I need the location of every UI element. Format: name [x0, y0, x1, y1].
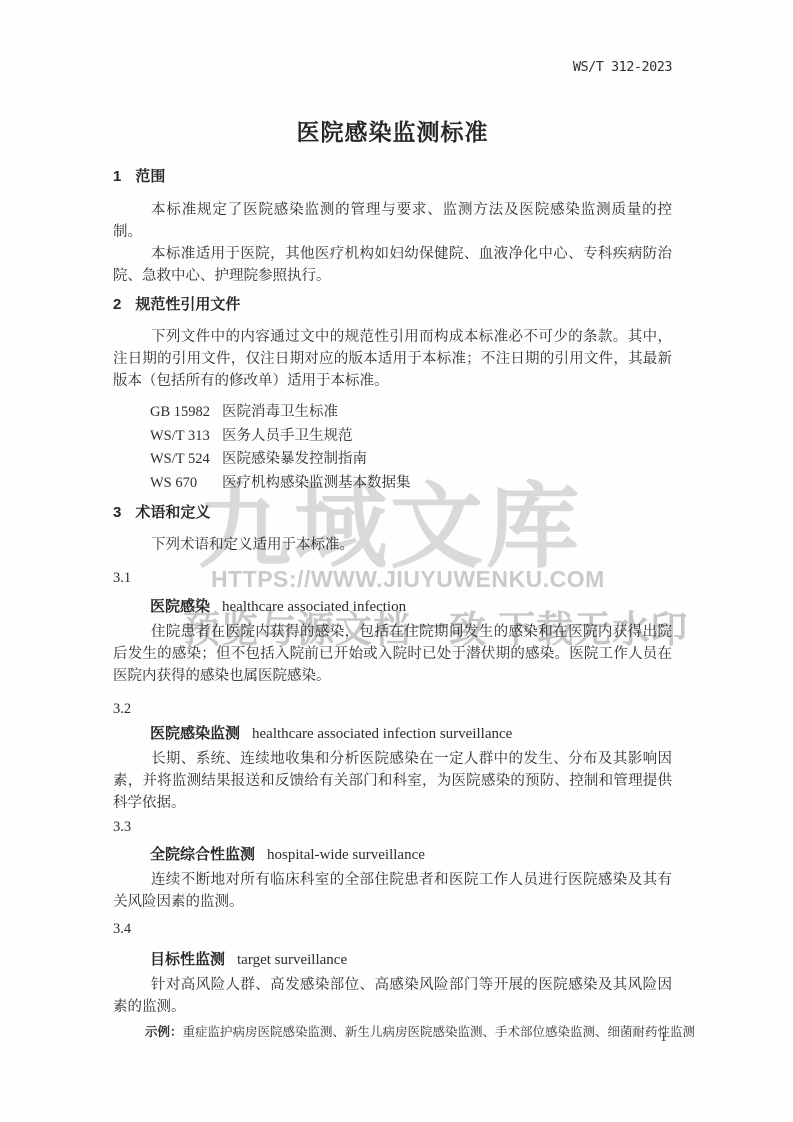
term-name-zh: 全院综合性监测	[150, 846, 255, 863]
section-3-number: 3	[113, 503, 121, 523]
term-name: 目标性监测target surveillance	[150, 949, 672, 971]
section-2-heading: 2规范性引用文件	[113, 295, 672, 315]
section-1-heading: 1范围	[113, 167, 672, 187]
reference-title: 医务人员手卫生规范	[222, 428, 353, 444]
reference-row: WS/T 313医务人员手卫生规范	[150, 425, 672, 449]
reference-title: 医院感染暴发控制指南	[222, 451, 367, 467]
section-1-paragraph-1: 本标准规定了医院感染监测的管理与要求、监测方法及医院感染监测质量的控制。	[113, 199, 672, 243]
example-text: 重症监护病房医院感染监测、新生儿病房医院感染监测、手术部位感染监测、细菌耐药性监…	[183, 1025, 696, 1039]
term-name-en: healthcare associated infection surveill…	[252, 726, 512, 742]
section-2-paragraph-1: 下列文件中的内容通过文中的规范性引用而构成本标准必不可少的条款。其中，注日期的引…	[113, 326, 672, 392]
section-1-paragraph-2: 本标准适用于医院，其他医疗机构如妇幼保健院、血液净化中心、专科疾病防治院、急救中…	[113, 243, 672, 287]
term-name-zh: 目标性监测	[150, 951, 225, 968]
term-name: 医院感染healthcare associated infection	[150, 596, 672, 618]
page-number: 1	[660, 1030, 667, 1046]
term-definition: 长期、系统、连续地收集和分析医院感染在一定人群中的发生、分布及其影响因素，并将监…	[113, 748, 672, 814]
term-name: 全院综合性监测hospital-wide surveillance	[150, 844, 672, 866]
term-definition: 针对高风险人群、高发感染部位、高感染风险部门等开展的医院感染及其风险因素的监测。	[113, 974, 672, 1018]
term-definition: 住院患者在医院内获得的感染，包括在住院期间发生的感染和在医院内获得出院后发生的感…	[113, 621, 672, 687]
reference-list: GB 15982医院消毒卫生标准 WS/T 313医务人员手卫生规范 WS/T …	[150, 401, 672, 495]
section-3-heading: 3术语和定义	[113, 503, 672, 523]
reference-title: 医院消毒卫生标准	[222, 404, 338, 420]
example-label: 示例：	[145, 1025, 183, 1039]
section-1-number: 1	[113, 167, 121, 187]
document-page: 九域文库 HTTPS://WWW.JIUYUWENKU.COM 预览与源文档一致…	[0, 0, 793, 1122]
term-name-en: healthcare associated infection	[222, 599, 406, 615]
reference-code: GB 15982	[150, 401, 222, 425]
document-title: 医院感染监测标准	[113, 117, 672, 147]
reference-row: GB 15982医院消毒卫生标准	[150, 401, 672, 425]
term-name: 医院感染监测healthcare associated infection su…	[150, 723, 672, 745]
reference-code: WS/T 313	[150, 425, 222, 449]
term-number: 3.2	[113, 699, 672, 719]
example-note: 示例：重症监护病房医院感染监测、新生儿病房医院感染监测、手术部位感染监测、细菌耐…	[145, 1023, 672, 1041]
reference-title: 医疗机构感染监测基本数据集	[222, 475, 411, 491]
reference-code: WS 670	[150, 472, 222, 496]
reference-row: WS/T 524医院感染暴发控制指南	[150, 448, 672, 472]
term-number: 3.3	[113, 817, 672, 837]
reference-row: WS 670医疗机构感染监测基本数据集	[150, 472, 672, 496]
section-3-label: 术语和定义	[135, 504, 210, 521]
term-definition: 连续不断地对所有临床科室的全部住院患者和医院工作人员进行医院感染及其有关风险因素…	[113, 869, 672, 913]
term-name-en: hospital-wide surveillance	[267, 847, 425, 863]
section-2-number: 2	[113, 295, 121, 315]
term-name-en: target surveillance	[237, 952, 347, 968]
term-name-zh: 医院感染监测	[150, 725, 240, 742]
section-1-label: 范围	[135, 168, 165, 185]
term-name-zh: 医院感染	[150, 598, 210, 615]
term-number: 3.1	[113, 568, 672, 588]
section-3-intro: 下列术语和定义适用于本标准。	[113, 534, 672, 556]
section-2-label: 规范性引用文件	[135, 296, 240, 313]
reference-code: WS/T 524	[150, 448, 222, 472]
page-content: WS/T 312-2023 医院感染监测标准 1范围 本标准规定了医院感染监测的…	[0, 0, 793, 1041]
term-number: 3.4	[113, 919, 672, 939]
standard-code: WS/T 312-2023	[113, 58, 672, 76]
